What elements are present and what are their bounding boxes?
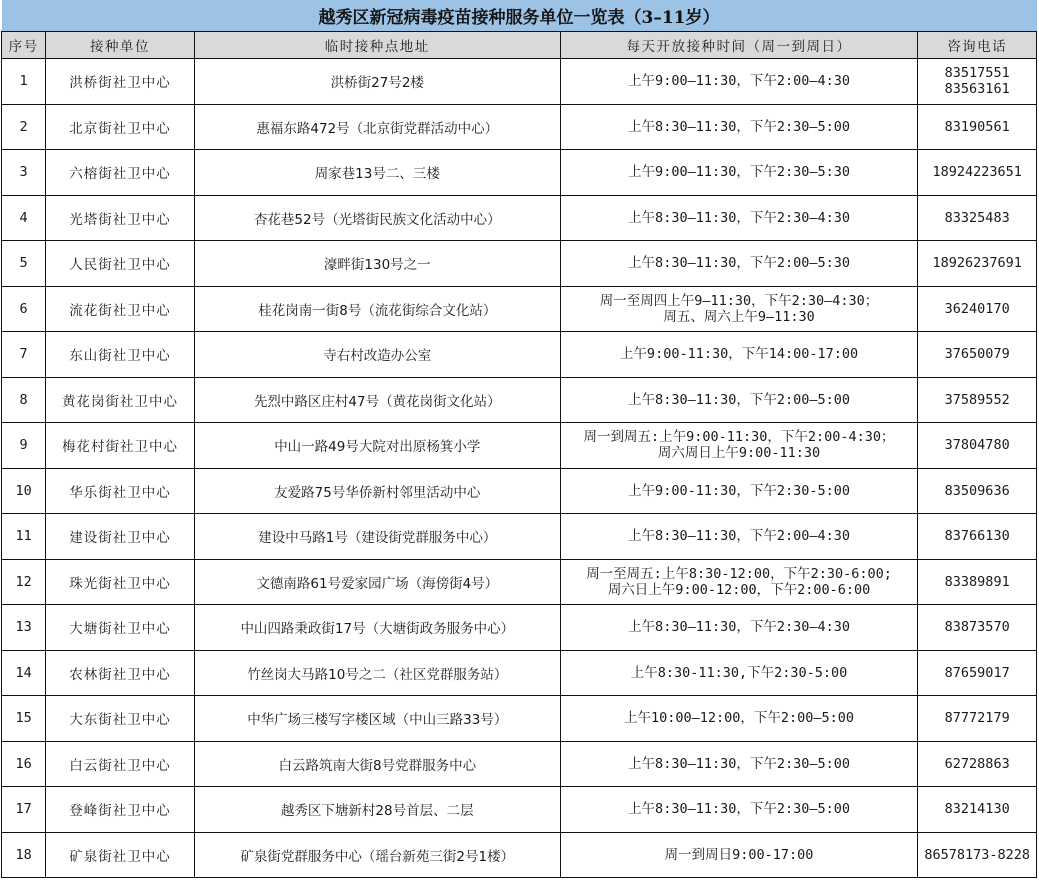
time-line: 上午8:30—11:30，下午2:00—5:30	[563, 255, 916, 271]
table-body: 1 洪桥街社卫中心 洪桥街27号2楼 上午9:00—11:30，下午2:00—4…	[2, 59, 1037, 878]
cell-no: 17	[2, 787, 46, 833]
title-row: 越秀区新冠病毒疫苗接种服务单位一览表（3–11岁）	[2, 0, 1037, 32]
cell-address: 友爱路75号华侨新村邻里活动中心	[194, 468, 560, 514]
cell-no: 15	[2, 696, 46, 742]
phone-number: 83517551	[920, 65, 1034, 81]
cell-no: 14	[2, 650, 46, 696]
header-address: 临时接种点地址	[194, 32, 560, 59]
cell-address: 杏花巷52号（光塔街民族文化活动中心）	[194, 195, 560, 241]
cell-no: 18	[2, 832, 46, 878]
cell-no: 6	[2, 286, 46, 332]
table-row: 1 洪桥街社卫中心 洪桥街27号2楼 上午9:00—11:30，下午2:00—4…	[2, 59, 1037, 105]
cell-address: 建设中马路1号（建设街党群服务中心）	[194, 514, 560, 560]
cell-phone: 37804780	[918, 423, 1037, 469]
table-row: 14 农林街社卫中心 竹丝岗大马路10号之二（社区党群服务站） 上午8:30-1…	[2, 650, 1037, 696]
cell-no: 3	[2, 150, 46, 196]
time-line: 周六周日上午9:00-11:30	[563, 445, 916, 461]
cell-time: 上午8:30—11:30，下午2:30—5:00	[560, 104, 918, 150]
time-line: 上午8:30—11:30，下午2:30—4:30	[563, 210, 916, 226]
cell-time: 上午10:00—12:00，下午2:00—5:00	[560, 696, 918, 742]
cell-no: 1	[2, 59, 46, 105]
cell-unit: 珠光街社卫中心	[46, 559, 195, 605]
cell-time: 上午8:30—11:30，下午2:30—5:00	[560, 787, 918, 833]
phone-number: 83214130	[920, 801, 1034, 817]
table-title: 越秀区新冠病毒疫苗接种服务单位一览表（3–11岁）	[2, 0, 1037, 32]
cell-unit: 流花街社卫中心	[46, 286, 195, 332]
cell-time: 周一至周四上午9—11:30，下午2:30—4:30；周五、周六上午9—11:3…	[560, 286, 918, 332]
cell-unit: 人民街社卫中心	[46, 241, 195, 287]
time-line: 上午9:00—11:30，下午2:30—5:30	[563, 164, 916, 180]
table-row: 12 珠光街社卫中心 文德南路61号爱家园广场（海傍街4号） 周一至周五:上午8…	[2, 559, 1037, 605]
phone-number: 87659017	[920, 665, 1034, 681]
time-line: 周五、周六上午9—11:30	[563, 309, 916, 325]
table-row: 16 白云街社卫中心 白云路筑南大街8号党群服务中心 上午8:30—11:30，…	[2, 741, 1037, 787]
time-line: 上午8:30—11:30，下午2:30—4:30	[563, 619, 916, 635]
time-line: 周一至周五:上午8:30-12:00，下午2:30-6:00;	[563, 566, 916, 582]
cell-phone: 83190561	[918, 104, 1037, 150]
cell-address: 矿泉街党群服务中心（瑶台新苑三街2号1楼）	[194, 832, 560, 878]
cell-time: 周一到周日9:00-17:00	[560, 832, 918, 878]
cell-address: 惠福东路472号（北京街党群活动中心）	[194, 104, 560, 150]
cell-unit: 大塘街社卫中心	[46, 605, 195, 651]
time-line: 周一到周日9:00-17:00	[563, 847, 916, 863]
cell-address: 白云路筑南大街8号党群服务中心	[194, 741, 560, 787]
cell-phone: 83389891	[918, 559, 1037, 605]
cell-time: 上午8:30—11:30，下午2:30—4:30	[560, 195, 918, 241]
time-line: 上午8:30—11:30，下午2:30—5:00	[563, 801, 916, 817]
table-row: 13 大塘街社卫中心 中山四路秉政街17号（大塘街政务服务中心） 上午8:30—…	[2, 605, 1037, 651]
table-row: 7 东山街社卫中心 寺右村改造办公室 上午9:00-11:30，下午14:00-…	[2, 332, 1037, 378]
cell-phone: 62728863	[918, 741, 1037, 787]
cell-phone: 83873570	[918, 605, 1037, 651]
cell-address: 桂花岗南一街8号（流花街综合文化站）	[194, 286, 560, 332]
phone-number: 83509636	[920, 483, 1034, 499]
phone-number: 18926237691	[920, 255, 1034, 271]
time-line: 上午8:30—11:30，下午2:00—4:30	[563, 528, 916, 544]
cell-phone: 83766130	[918, 514, 1037, 560]
phone-number: 18924223651	[920, 164, 1034, 180]
cell-phone: 86578173-8228	[918, 832, 1037, 878]
table-row: 15 大东街社卫中心 中华广场三楼写字楼区域（中山三路33号） 上午10:00—…	[2, 696, 1037, 742]
time-line: 周一到周五:上午9:00-11:30，下午2:00-4:30；	[563, 429, 916, 445]
table-row: 8 黄花岗街社卫中心 先烈中路区庄村47号（黄花岗街文化站） 上午8:30—11…	[2, 377, 1037, 423]
table-row: 11 建设街社卫中心 建设中马路1号（建设街党群服务中心） 上午8:30—11:…	[2, 514, 1037, 560]
cell-time: 上午9:00-11:30，下午14:00-17:00	[560, 332, 918, 378]
cell-time: 上午8:30-11:30,下午2:30-5:00	[560, 650, 918, 696]
cell-no: 9	[2, 423, 46, 469]
phone-number: 86578173-8228	[920, 847, 1034, 863]
cell-time: 上午9:00—11:30，下午2:30—5:30	[560, 150, 918, 196]
table-row: 4 光塔街社卫中心 杏花巷52号（光塔街民族文化活动中心） 上午8:30—11:…	[2, 195, 1037, 241]
header-time: 每天开放接种时间（周一到周日）	[560, 32, 918, 59]
cell-unit: 建设街社卫中心	[46, 514, 195, 560]
cell-unit: 登峰街社卫中心	[46, 787, 195, 833]
header-row: 序号 接种单位 临时接种点地址 每天开放接种时间（周一到周日） 咨询电话	[2, 32, 1037, 59]
time-line: 上午8:30—11:30，下午2:00—5:00	[563, 392, 916, 408]
cell-time: 上午8:30—11:30，下午2:00—4:30	[560, 514, 918, 560]
cell-time: 上午9:00-11:30，下午2:30-5:00	[560, 468, 918, 514]
phone-number: 83563161	[920, 81, 1034, 97]
cell-address: 濠畔街130号之一	[194, 241, 560, 287]
cell-phone: 83509636	[918, 468, 1037, 514]
cell-no: 11	[2, 514, 46, 560]
cell-time: 上午8:30—11:30，下午2:00—5:00	[560, 377, 918, 423]
cell-no: 10	[2, 468, 46, 514]
cell-time: 周一至周五:上午8:30-12:00，下午2:30-6:00;周六日上午9:00…	[560, 559, 918, 605]
header-phone: 咨询电话	[918, 32, 1037, 59]
phone-number: 36240170	[920, 301, 1034, 317]
table-row: 6 流花街社卫中心 桂花岗南一街8号（流花街综合文化站） 周一至周四上午9—11…	[2, 286, 1037, 332]
phone-number: 62728863	[920, 756, 1034, 772]
cell-no: 8	[2, 377, 46, 423]
cell-no: 5	[2, 241, 46, 287]
cell-unit: 华乐街社卫中心	[46, 468, 195, 514]
cell-phone: 83325483	[918, 195, 1037, 241]
cell-time: 上午9:00—11:30，下午2:00—4:30	[560, 59, 918, 105]
time-line: 上午8:30—11:30，下午2:30—5:00	[563, 756, 916, 772]
cell-unit: 农林街社卫中心	[46, 650, 195, 696]
phone-number: 83325483	[920, 210, 1034, 226]
cell-address: 先烈中路区庄村47号（黄花岗街文化站）	[194, 377, 560, 423]
phone-number: 83190561	[920, 119, 1034, 135]
cell-phone: 37650079	[918, 332, 1037, 378]
cell-no: 12	[2, 559, 46, 605]
cell-address: 寺右村改造办公室	[194, 332, 560, 378]
cell-address: 文德南路61号爱家园广场（海傍街4号）	[194, 559, 560, 605]
cell-unit: 洪桥街社卫中心	[46, 59, 195, 105]
cell-address: 中山四路秉政街17号（大塘街政务服务中心）	[194, 605, 560, 651]
cell-address: 越秀区下塘新村28号首层、二层	[194, 787, 560, 833]
phone-number: 37589552	[920, 392, 1034, 408]
vaccination-sites-table: 越秀区新冠病毒疫苗接种服务单位一览表（3–11岁） 序号 接种单位 临时接种点地…	[1, 0, 1037, 878]
phone-number: 83766130	[920, 528, 1034, 544]
time-line: 上午10:00—12:00，下午2:00—5:00	[563, 710, 916, 726]
cell-no: 7	[2, 332, 46, 378]
table-row: 9 梅花村街社卫中心 中山一路49号大院对出原杨箕小学 周一到周五:上午9:00…	[2, 423, 1037, 469]
cell-unit: 矿泉街社卫中心	[46, 832, 195, 878]
cell-unit: 北京街社卫中心	[46, 104, 195, 150]
cell-no: 2	[2, 104, 46, 150]
cell-unit: 六榕街社卫中心	[46, 150, 195, 196]
cell-time: 上午8:30—11:30，下午2:30—5:00	[560, 741, 918, 787]
cell-time: 上午8:30—11:30，下午2:30—4:30	[560, 605, 918, 651]
cell-unit: 白云街社卫中心	[46, 741, 195, 787]
table-row: 2 北京街社卫中心 惠福东路472号（北京街党群活动中心） 上午8:30—11:…	[2, 104, 1037, 150]
cell-phone: 18924223651	[918, 150, 1037, 196]
cell-address: 洪桥街27号2楼	[194, 59, 560, 105]
table-row: 10 华乐街社卫中心 友爱路75号华侨新村邻里活动中心 上午9:00-11:30…	[2, 468, 1037, 514]
phone-number: 37650079	[920, 346, 1034, 362]
cell-address: 中山一路49号大院对出原杨箕小学	[194, 423, 560, 469]
cell-unit: 东山街社卫中心	[46, 332, 195, 378]
cell-phone: 18926237691	[918, 241, 1037, 287]
time-line: 上午8:30-11:30,下午2:30-5:00	[563, 665, 916, 681]
phone-number: 37804780	[920, 437, 1034, 453]
header-unit: 接种单位	[46, 32, 195, 59]
cell-unit: 梅花村街社卫中心	[46, 423, 195, 469]
phone-number: 83389891	[920, 574, 1034, 590]
vaccination-sites-sheet: 越秀区新冠病毒疫苗接种服务单位一览表（3–11岁） 序号 接种单位 临时接种点地…	[1, 0, 1037, 878]
table-row: 3 六榕街社卫中心 周家巷13号二、三楼 上午9:00—11:30，下午2:30…	[2, 150, 1037, 196]
cell-unit: 大东街社卫中心	[46, 696, 195, 742]
cell-phone: 87659017	[918, 650, 1037, 696]
time-line: 上午9:00-11:30，下午14:00-17:00	[563, 346, 916, 362]
time-line: 上午9:00-11:30，下午2:30-5:00	[563, 483, 916, 499]
time-line: 周一至周四上午9—11:30，下午2:30—4:30；	[563, 293, 916, 309]
cell-unit: 黄花岗街社卫中心	[46, 377, 195, 423]
phone-number: 83873570	[920, 619, 1034, 635]
time-line: 周六日上午9:00-12:00，下午2:00-6:00	[563, 582, 916, 598]
cell-address: 竹丝岗大马路10号之二（社区党群服务站）	[194, 650, 560, 696]
cell-phone: 8351755183563161	[918, 59, 1037, 105]
table-row: 18 矿泉街社卫中心 矿泉街党群服务中心（瑶台新苑三街2号1楼） 周一到周日9:…	[2, 832, 1037, 878]
cell-no: 4	[2, 195, 46, 241]
cell-no: 13	[2, 605, 46, 651]
cell-time: 上午8:30—11:30，下午2:00—5:30	[560, 241, 918, 287]
time-line: 上午8:30—11:30，下午2:30—5:00	[563, 119, 916, 135]
cell-unit: 光塔街社卫中心	[46, 195, 195, 241]
cell-phone: 36240170	[918, 286, 1037, 332]
cell-no: 16	[2, 741, 46, 787]
table-row: 5 人民街社卫中心 濠畔街130号之一 上午8:30—11:30，下午2:00—…	[2, 241, 1037, 287]
phone-number: 87772179	[920, 710, 1034, 726]
cell-address: 中华广场三楼写字楼区域（中山三路33号）	[194, 696, 560, 742]
table-row: 17 登峰街社卫中心 越秀区下塘新村28号首层、二层 上午8:30—11:30，…	[2, 787, 1037, 833]
time-line: 上午9:00—11:30，下午2:00—4:30	[563, 73, 916, 89]
cell-phone: 87772179	[918, 696, 1037, 742]
cell-phone: 83214130	[918, 787, 1037, 833]
cell-time: 周一到周五:上午9:00-11:30，下午2:00-4:30；周六周日上午9:0…	[560, 423, 918, 469]
cell-phone: 37589552	[918, 377, 1037, 423]
header-no: 序号	[2, 32, 46, 59]
cell-address: 周家巷13号二、三楼	[194, 150, 560, 196]
